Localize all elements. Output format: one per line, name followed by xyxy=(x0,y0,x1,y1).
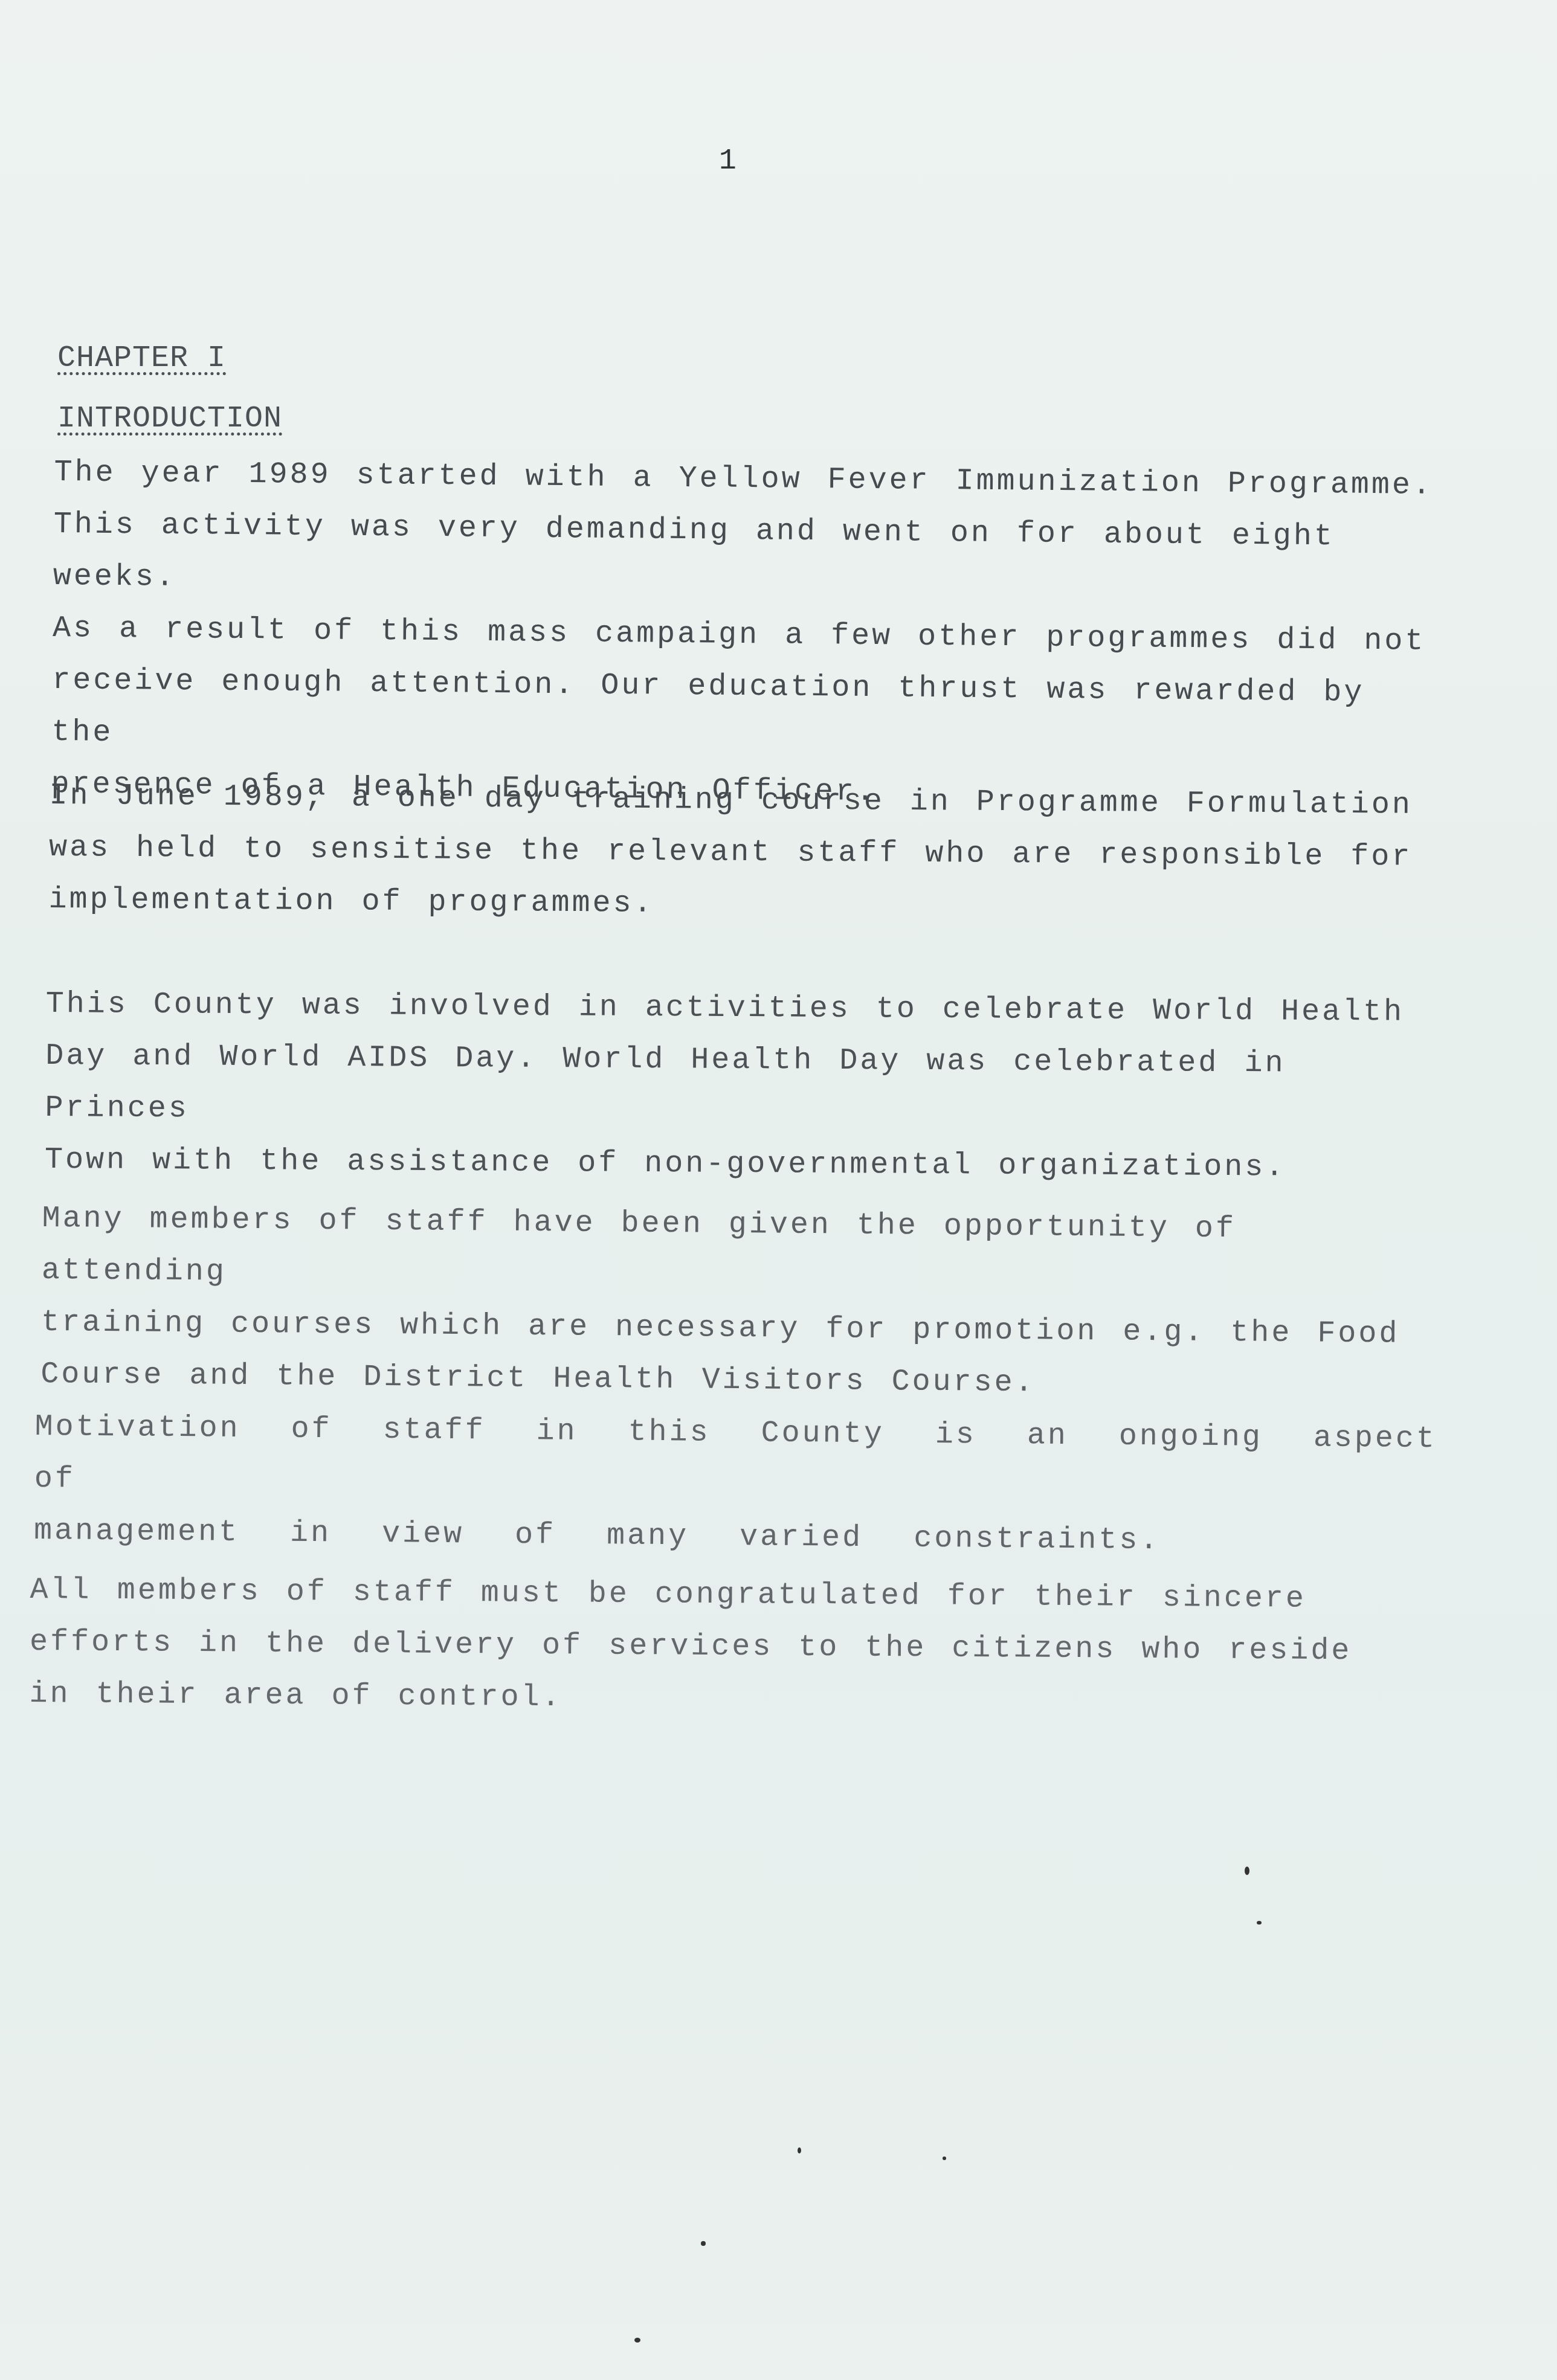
speck xyxy=(634,2338,640,2343)
speck xyxy=(1257,1921,1262,1925)
paragraph-world-health-day: This County was involved in activities t… xyxy=(45,979,1448,1195)
paragraph-motivation: Motivation of staff in this County is an… xyxy=(34,1401,1443,1569)
speck xyxy=(1245,1867,1249,1875)
paragraph-training-course: In June 1989, a one day training course … xyxy=(48,770,1445,936)
paragraph-congratulations: All members of staff must be congratulat… xyxy=(29,1565,1359,1729)
paragraph-yellow-fever: The year 1989 started with a Yellow Feve… xyxy=(51,447,1444,824)
speck xyxy=(701,2241,706,2246)
speck xyxy=(798,2147,801,2153)
speck xyxy=(943,2156,946,2160)
page-number: 1 xyxy=(719,145,737,178)
paragraph-staff-courses: Many members of staff have been given th… xyxy=(40,1193,1444,1413)
section-heading: INTRODUCTION xyxy=(57,402,282,436)
chapter-heading: CHAPTER I xyxy=(57,341,226,376)
